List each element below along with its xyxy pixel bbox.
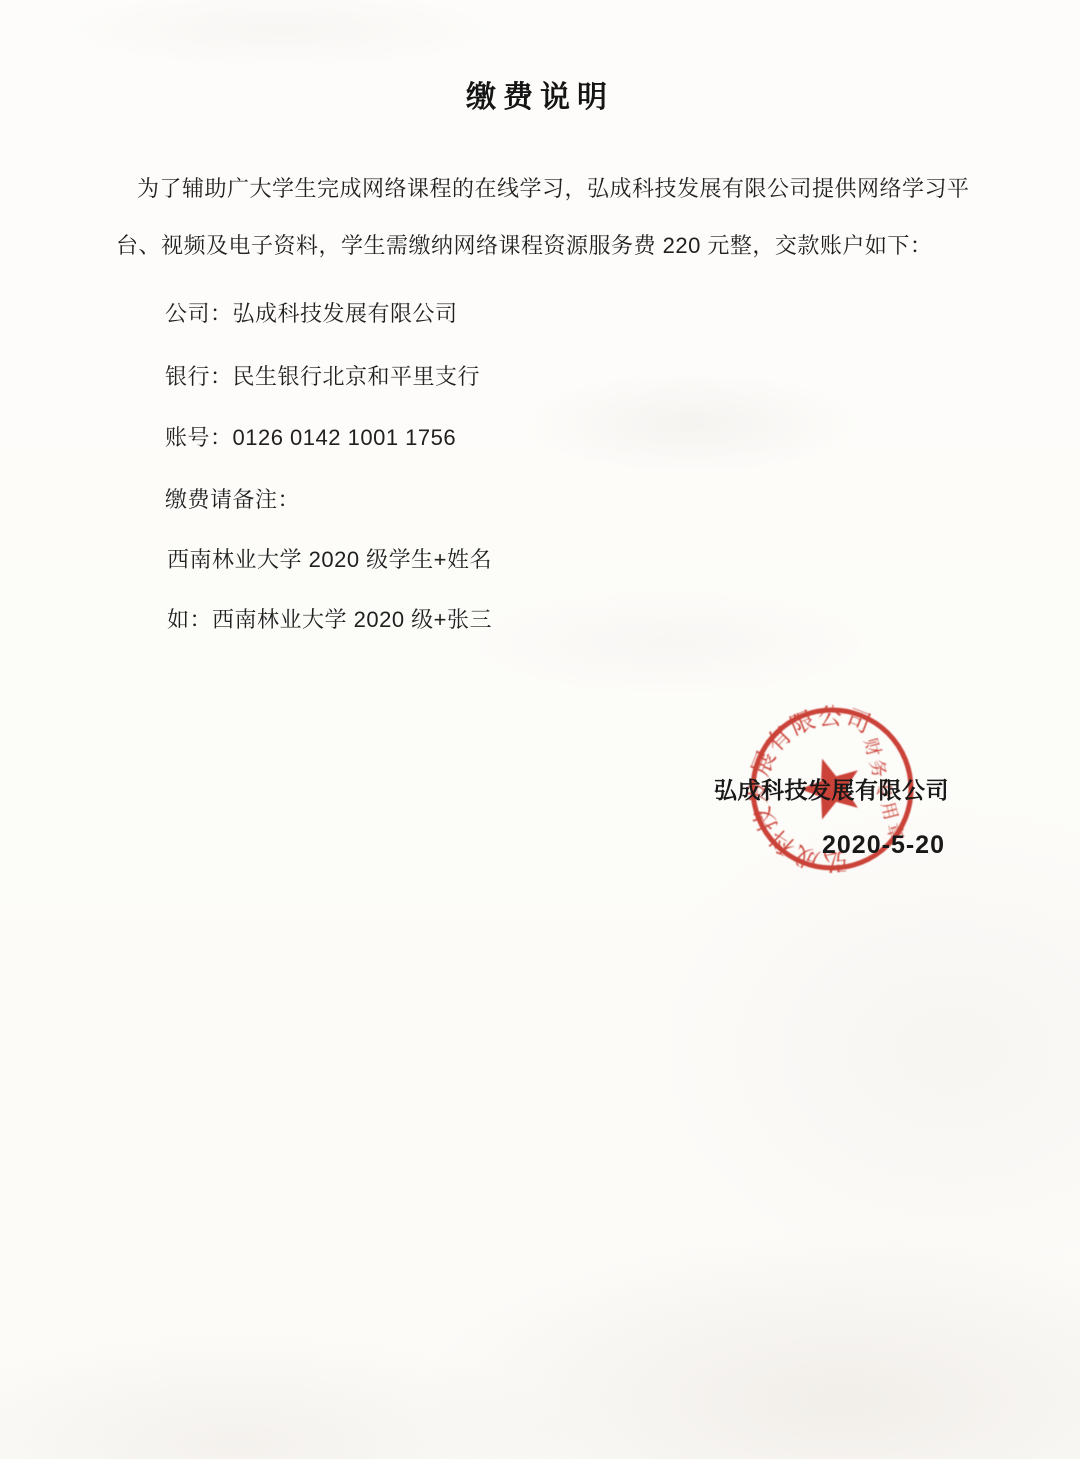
paragraph-line-2: 台、视频及电子资料，学生需缴纳网络课程资源服务费 220 元整，交款账户如下： — [116, 229, 932, 260]
signature-date: 2020-5-20 — [822, 831, 945, 860]
scanned-document-page: 缴费说明 为了辅助广大学生完成网络课程的在线学习，弘成科技发展有限公司提供网络学… — [0, 0, 1080, 1459]
remark-label: 缴费请备注： — [165, 483, 300, 514]
remark-format-line: 西南林业大学 2020 级学生+姓名 — [167, 543, 492, 574]
account-number-line: 账号：0126 0142 1001 1756 — [165, 421, 456, 452]
bank-line: 银行：民生银行北京和平里支行 — [165, 360, 480, 391]
remark-example-line: 如：西南林业大学 2020 级+张三 — [167, 603, 492, 634]
page-title: 缴费说明 — [0, 72, 1080, 116]
company-line: 公司：弘成科技发展有限公司 — [165, 297, 458, 328]
paragraph-line-1: 为了辅助广大学生完成网络课程的在线学习，弘成科技发展有限公司提供网络学习平 — [137, 172, 970, 203]
signature-company-name: 弘成科技发展有限公司 — [714, 772, 949, 805]
